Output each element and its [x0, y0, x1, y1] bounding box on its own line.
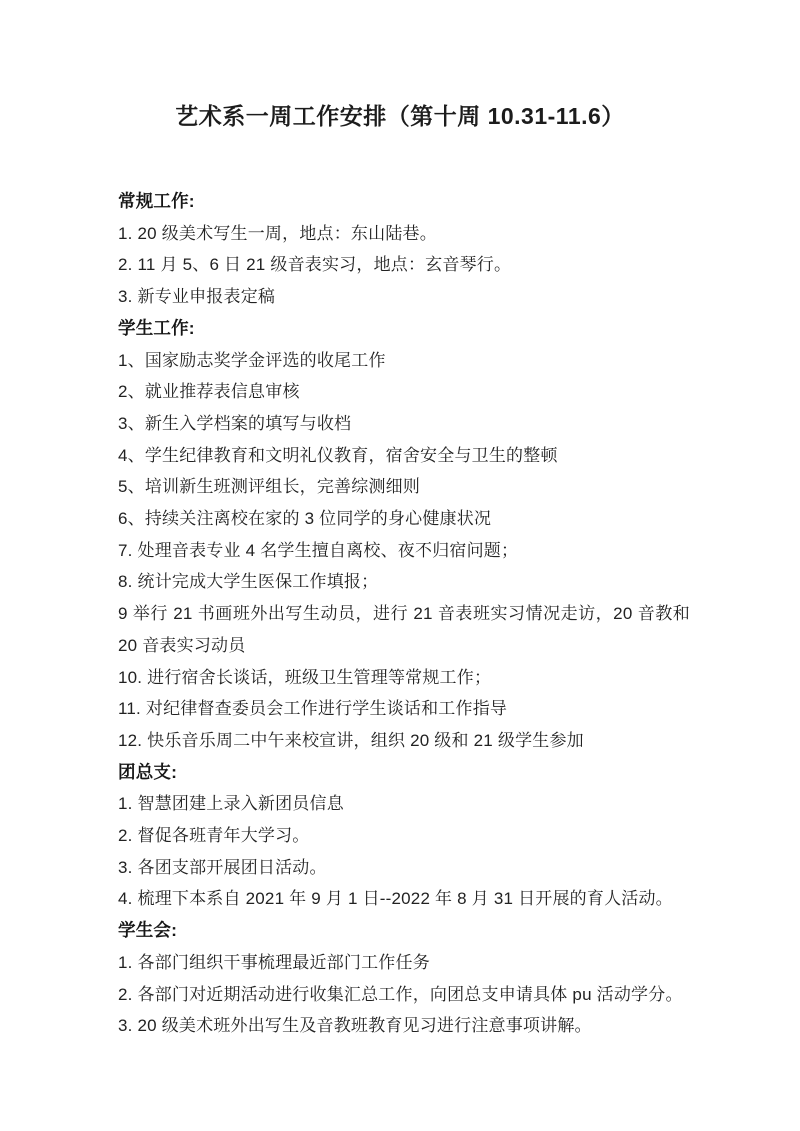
list-item: 3. 20 级美术班外出写生及音教班教育见习进行注意事项讲解。: [118, 1010, 690, 1042]
list-item: 3. 各团支部开展团日活动。: [118, 852, 690, 884]
section-heading-student-union: 学生会:: [118, 915, 690, 947]
section-heading-youth-league: 团总支:: [118, 757, 690, 789]
list-item: 3. 新专业申报表定稿: [118, 281, 690, 313]
list-item: 12. 快乐音乐周二中午来校宣讲，组织 20 级和 21 级学生参加: [118, 725, 690, 757]
list-item: 3、新生入学档案的填写与收档: [118, 408, 690, 440]
list-item: 5、培训新生班测评组长，完善综测细则: [118, 471, 690, 503]
list-item: 1. 各部门组织干事梳理最近部门工作任务: [118, 947, 690, 979]
section-heading-regular-work: 常规工作:: [118, 186, 690, 218]
list-item: 9 举行 21 书画班外出写生动员，进行 21 音表班实习情况走访，20 音教和…: [118, 598, 690, 661]
section-student-union: 学生会: 1. 各部门组织干事梳理最近部门工作任务 2. 各部门对近期活动进行收…: [118, 915, 690, 1042]
section-youth-league: 团总支: 1. 智慧团建上录入新团员信息 2. 督促各班青年大学习。 3. 各团…: [118, 757, 690, 916]
list-item: 11. 对纪律督查委员会工作进行学生谈话和工作指导: [118, 693, 690, 725]
list-item: 2. 各部门对近期活动进行收集汇总工作，向团总支申请具体 pu 活动学分。: [118, 979, 690, 1011]
document-page: 艺术系一周工作安排（第十周 10.31-11.6） 常规工作: 1. 20 级美…: [0, 0, 800, 1131]
list-item: 1. 智慧团建上录入新团员信息: [118, 788, 690, 820]
list-item: 2. 督促各班青年大学习。: [118, 820, 690, 852]
list-item: 8. 统计完成大学生医保工作填报；: [118, 566, 690, 598]
list-item: 1. 20 级美术写生一周，地点：东山陆巷。: [118, 218, 690, 250]
document-title: 艺术系一周工作安排（第十周 10.31-11.6）: [0, 103, 800, 130]
list-item: 2. 11 月 5、6 日 21 级音表实习，地点：玄音琴行。: [118, 249, 690, 281]
list-item: 10. 进行宿舍长谈话，班级卫生管理等常规工作；: [118, 662, 690, 694]
document-body: 常规工作: 1. 20 级美术写生一周，地点：东山陆巷。 2. 11 月 5、6…: [0, 186, 800, 1042]
section-student-work: 学生工作: 1、国家励志奖学金评选的收尾工作 2、就业推荐表信息审核 3、新生入…: [118, 313, 690, 757]
list-item: 4. 梳理下本系自 2021 年 9 月 1 日--2022 年 8 月 31 …: [118, 883, 690, 915]
list-item: 7. 处理音表专业 4 名学生擅自离校、夜不归宿问题；: [118, 535, 690, 567]
list-item: 6、持续关注离校在家的 3 位同学的身心健康状况: [118, 503, 690, 535]
list-item: 4、学生纪律教育和文明礼仪教育，宿舍安全与卫生的整顿: [118, 440, 690, 472]
list-item: 1、国家励志奖学金评选的收尾工作: [118, 345, 690, 377]
section-regular-work: 常规工作: 1. 20 级美术写生一周，地点：东山陆巷。 2. 11 月 5、6…: [118, 186, 690, 313]
list-item: 2、就业推荐表信息审核: [118, 376, 690, 408]
section-heading-student-work: 学生工作:: [118, 313, 690, 345]
